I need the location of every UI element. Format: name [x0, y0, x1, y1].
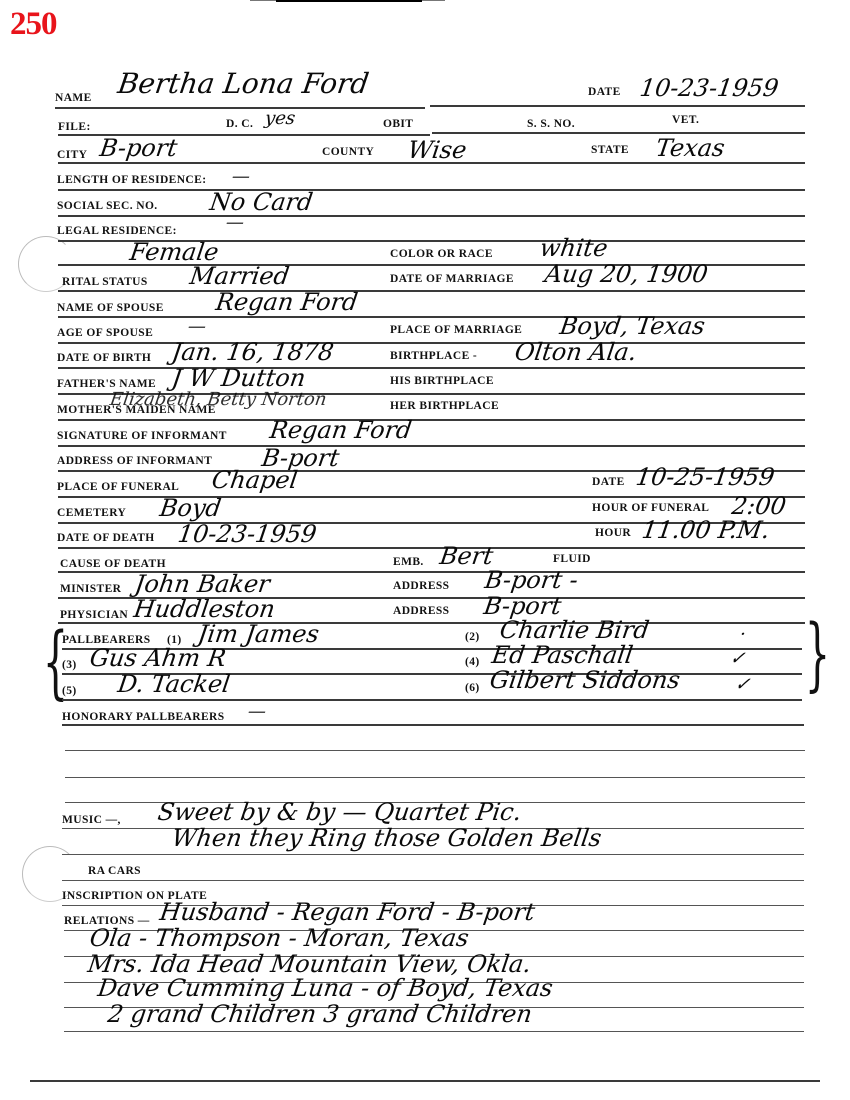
form-rule — [62, 724, 804, 726]
form-rule — [58, 162, 805, 164]
file-label: FILE: — [58, 121, 91, 133]
his-birthplace-label: HIS BIRTHPLACE — [390, 375, 494, 387]
city-value: B-port — [98, 136, 178, 160]
relations-line-4: Dave Cumming Luna - of Boyd, Texas — [96, 976, 554, 1000]
pallbearer-1-name: Jim James — [196, 622, 320, 646]
cemetery-value: Boyd — [158, 496, 222, 520]
place-of-marriage-label: PLACE OF MARRIAGE — [390, 324, 522, 336]
city-label: CITY — [57, 149, 87, 161]
physician-value: Huddleston — [132, 597, 276, 621]
signature-of-informant-label: SIGNATURE OF INFORMANT — [57, 430, 227, 442]
form-rule — [62, 699, 802, 701]
length-of-residence-value: — — [231, 168, 252, 186]
relations-line-5: 2 grand Children 3 grand Children — [106, 1002, 533, 1026]
date-label: DATE — [588, 86, 621, 98]
state-value: Texas — [654, 136, 726, 160]
her-birthplace-label: HER BIRTHPLACE — [390, 400, 499, 412]
place-of-funeral-label: PLACE OF FUNERAL — [57, 481, 179, 493]
legal-residence-value: — — [225, 214, 246, 232]
music-line-1: Sweet by & by — Quartet Pic. — [156, 800, 523, 824]
signature-of-informant-value: Regan Ford — [268, 418, 413, 442]
pallbearer-6-name: Gilbert Siddons — [488, 668, 681, 692]
minister-value: John Baker — [133, 572, 271, 596]
honorary-pallbearers-value: — — [247, 703, 268, 721]
sex-value: Female — [128, 240, 220, 264]
relations-line-3: Mrs. Ida Head Mountain View, Okla. — [86, 952, 532, 976]
form-rule — [58, 290, 805, 292]
pallbearer-6-check: ✓ — [734, 676, 752, 694]
pallbearer-4-check: ✓ — [729, 650, 747, 668]
form-rule — [58, 342, 805, 344]
form-rule — [432, 132, 805, 134]
right-brace: } — [805, 614, 830, 694]
pallbearer-2-number: (2) — [465, 631, 480, 643]
name-of-spouse-value: Regan Ford — [214, 290, 359, 314]
dc-value: yes — [264, 110, 297, 128]
scan-edge-mark — [276, 0, 422, 2]
date-of-birth-value: Jan. 16, 1878 — [170, 340, 335, 364]
funeral-date-value: 10-25-1959 — [634, 465, 776, 489]
hour-of-funeral-label: HOUR OF FUNERAL — [592, 502, 709, 514]
music-line-2: When they Ring those Golden Bells — [170, 826, 603, 850]
page-number: 250 — [10, 6, 57, 43]
date-of-marriage-value: Aug 20, 1900 — [543, 262, 709, 286]
social-sec-no-value: No Card — [208, 190, 314, 214]
physician-address-label: ADDRESS — [393, 605, 449, 617]
form-rule — [58, 622, 805, 624]
birthplace-value: Olton Ala. — [513, 340, 638, 364]
funeral-date-label: DATE — [592, 476, 625, 488]
physician-label: PHYSICIAN — [60, 609, 128, 621]
cemetery-label: CEMETERY — [57, 507, 126, 519]
relations-line-1: Husband - Regan Ford - B-port — [158, 900, 536, 924]
minister-address-value: B-port - — [483, 568, 579, 592]
form-rule — [65, 750, 805, 751]
pallbearer-5-number: (5) — [62, 685, 77, 697]
date-value: 10-23-1959 — [638, 76, 780, 100]
scan-edge-mark — [422, 0, 445, 1]
age-of-spouse-label: AGE OF SPOUSE — [57, 327, 153, 339]
relations-line-2: Ola - Thompson - Moran, Texas — [88, 926, 470, 950]
date-of-marriage-label: DATE OF MARRIAGE — [390, 273, 514, 285]
date-of-death-label: DATE OF DEATH — [57, 532, 155, 544]
pallbearer-2-name: Charlie Bird — [498, 618, 650, 642]
form-rule — [62, 880, 804, 881]
emb-label: EMB. — [393, 556, 424, 568]
address-of-informant-label: ADDRESS OF INFORMANT — [57, 455, 212, 467]
form-rule — [64, 1031, 804, 1032]
fathers-name-value: J W Dutton — [170, 366, 307, 390]
obit-label: OBIT — [383, 118, 413, 130]
form-rule — [58, 189, 805, 191]
name-value: Bertha Lona Ford — [116, 70, 370, 98]
ss-no-label: S. S. NO. — [527, 118, 575, 130]
place-of-funeral-value: Chapel — [210, 468, 299, 492]
form-rule — [58, 547, 805, 549]
pallbearer-6-number: (6) — [465, 682, 480, 694]
place-of-marriage-value: Boyd, Texas — [558, 314, 706, 338]
fluid-label: FLUID — [553, 553, 591, 565]
county-value: Wise — [406, 138, 468, 162]
form-bottom-rule — [30, 1080, 820, 1082]
vet-label: VET. — [672, 114, 699, 126]
form-rule — [55, 107, 425, 109]
pallbearer-3-number: (3) — [62, 659, 77, 671]
form-rule — [58, 215, 805, 217]
marital-status-label: RITAL STATUS — [62, 276, 148, 288]
county-label: COUNTY — [322, 146, 374, 158]
minister-address-label: ADDRESS — [393, 580, 449, 592]
pallbearer-3-name: Gus Ahm R — [88, 646, 227, 670]
date-of-death-value: 10-23-1959 — [176, 522, 318, 546]
pallbearer-2-check: · — [739, 626, 747, 644]
color-or-race-value: white — [538, 236, 609, 260]
form-rule — [58, 419, 805, 421]
marital-status-value: Married — [188, 264, 290, 288]
pallbearer-4-name: Ed Paschall — [490, 643, 634, 667]
music-label: MUSIC —, — [62, 814, 121, 826]
physician-address-value: B-port — [482, 594, 562, 618]
form-rule — [65, 777, 805, 778]
pallbearer-4-number: (4) — [465, 656, 480, 668]
emb-value: Bert — [438, 544, 494, 568]
name-label: NAME — [55, 92, 92, 104]
hour-of-funeral-value: 2:00 — [730, 494, 787, 518]
state-label: STATE — [591, 144, 629, 156]
legal-residence-label: LEGAL RESIDENCE: — [57, 225, 177, 237]
minister-label: MINISTER — [60, 583, 121, 595]
color-or-race-label: COLOR OR RACE — [390, 248, 493, 260]
length-of-residence-label: LENGTH OF RESIDENCE: — [57, 174, 206, 186]
social-sec-no-label: SOCIAL SEC. NO. — [57, 200, 158, 212]
form-rule — [58, 445, 805, 447]
age-of-spouse-value: — — [187, 318, 208, 336]
hour-value: 11.00 P.M. — [640, 518, 771, 542]
date-of-birth-label: DATE OF BIRTH — [57, 352, 151, 364]
dc-label: D. C. — [226, 118, 253, 130]
cars-label: RA CARS — [88, 865, 141, 877]
scan-edge-mark — [250, 0, 276, 1]
name-of-spouse-label: NAME OF SPOUSE — [57, 302, 164, 314]
mothers-maiden-name-value: Elizabeth, Betty Norton — [109, 391, 328, 409]
cause-of-death-label: CAUSE OF DEATH — [60, 558, 166, 570]
form-rule — [58, 367, 805, 369]
birthplace-label: BIRTHPLACE - — [390, 350, 477, 362]
hour-label: HOUR — [595, 527, 631, 539]
form-rule — [430, 105, 805, 107]
honorary-pallbearers-label: HONORARY PALLBEARERS — [62, 711, 225, 723]
form-rule — [62, 854, 804, 855]
pallbearer-5-name: D. Tackel — [116, 672, 231, 696]
